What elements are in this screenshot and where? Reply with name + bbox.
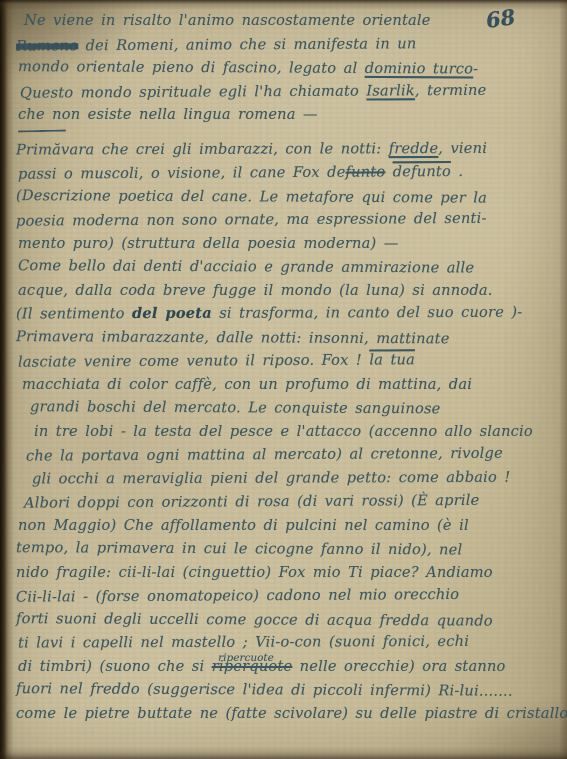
manuscript-text-segment: (Il sentimento bbox=[16, 305, 132, 322]
manuscript-text-segment: ti lavi i capelli nel mastello ; Vii-o-c… bbox=[18, 633, 469, 652]
manuscript-text-segment: dei Romeni, animo che si manifesta in un bbox=[78, 35, 416, 54]
manuscript-line: di timbri) (suono che si riperquoteriper… bbox=[16, 655, 563, 679]
manuscript-text-segment: acque, dalla coda breve fugge il mondo (… bbox=[18, 282, 493, 299]
manuscript-line: in tre lobi - la testa del pesce e l'att… bbox=[16, 420, 563, 444]
manuscript-text-segment: mondo orientale pieno di fascino, legato… bbox=[18, 58, 365, 77]
manuscript: Ne viene in risalto l'animo nascostament… bbox=[16, 9, 563, 725]
manuscript-text-segment: - bbox=[473, 60, 478, 77]
manuscript-text-segment: , vieni bbox=[438, 139, 487, 156]
manuscript-text-segment: la tua bbox=[369, 351, 415, 368]
manuscript-line: poesia moderna non sono ornate, ma espre… bbox=[16, 206, 563, 233]
manuscript-text-segment: dominio turco bbox=[365, 60, 474, 78]
manuscript-text-segment: si trasforma, in canto del suo cuore )- bbox=[212, 304, 523, 322]
manuscript-line: Primăvara che crei gli imbarazzi, con le… bbox=[16, 136, 563, 161]
separator-stroke bbox=[18, 129, 66, 132]
manuscript-text-segment: Primăvara che crei gli imbarazzi, con le… bbox=[16, 140, 389, 158]
manuscript-text-segment: nelle orecchie) ora stanno bbox=[292, 658, 505, 675]
manuscript-line: ti lavi i capelli nel mastello ; Vii-o-c… bbox=[16, 630, 563, 655]
manuscript-line: tempo, la primavera in cui le cicogne fa… bbox=[16, 536, 563, 562]
manuscript-line: Albori doppi con orizzonti di rosa (di v… bbox=[16, 488, 563, 515]
manuscript-text-segment: che la portava ogni mattina al mercato) … bbox=[26, 445, 503, 465]
manuscript-text-segment: funto bbox=[345, 163, 385, 180]
manuscript-line: macchiata di color caffè, con un profumo… bbox=[16, 373, 563, 397]
manuscript-text-segment: (Descrizione poetica del cane. Le metafo… bbox=[16, 187, 487, 206]
manuscript-line: Rumeno dei Romeni, animo che si manifest… bbox=[16, 31, 563, 58]
manuscript-line: mondo orientale pieno di fascino, legato… bbox=[16, 55, 563, 81]
manuscript-line: Ne viene in risalto l'animo nascostament… bbox=[16, 9, 563, 33]
manuscript-text-segment: del poeta bbox=[132, 305, 212, 322]
manuscript-text-segment: Ne viene in risalto l'animo nascostament… bbox=[24, 12, 431, 29]
manuscript-line: che la portava ogni mattina al mercato) … bbox=[16, 441, 563, 468]
manuscript-text-segment: Cii-li-lai - (forse onomatopeico) cadono… bbox=[16, 586, 459, 606]
manuscript-line: grandi boschi del mercato. Le conquiste … bbox=[16, 395, 563, 421]
manuscript-text-segment: forti suoni degli uccelli come gocce di … bbox=[16, 610, 493, 629]
paper-edge-bottom bbox=[0, 747, 567, 759]
manuscript-line: Come bello dai denti d'acciaio e grande … bbox=[16, 254, 563, 280]
paper-edge-left bbox=[0, 0, 14, 759]
manuscript-text-segment: grandi boschi del mercato. Le conquiste … bbox=[30, 398, 441, 417]
manuscript-text-segment: defunto bbox=[393, 163, 451, 180]
manuscript-text-segment: nido fragile: cii-li-lai (cinguettio) Fo… bbox=[16, 564, 493, 581]
manuscript-line: (Il sentimento del poeta si trasforma, i… bbox=[16, 301, 563, 326]
manuscript-text-segment: mento puro) (struttura della poesia mode… bbox=[18, 235, 399, 252]
manuscript-text-segment: , termine bbox=[415, 81, 487, 98]
manuscript-line: passi o muscoli, o visione, il cane Fox … bbox=[16, 159, 563, 186]
manuscript-line: gli occhi a meraviglia pieni del grande … bbox=[16, 465, 563, 490]
manuscript-text-segment: che non esiste nella lingua romena — bbox=[18, 106, 318, 123]
manuscript-line: lasciate venire come venuto il riposo. F… bbox=[16, 347, 563, 374]
manuscript-text-segment: . bbox=[451, 163, 463, 180]
manuscript-text-segment: lasciate venire come venuto il riposo. F… bbox=[18, 352, 369, 371]
manuscript-text-segment: fredde bbox=[389, 139, 439, 156]
manuscript-line: che non esiste nella lingua romena — bbox=[16, 103, 563, 127]
manuscript-text-segment: come le pietre buttate ne (fatte scivola… bbox=[16, 705, 567, 722]
manuscript-text-segment: in tre lobi - la testa del pesce e l'att… bbox=[34, 423, 533, 440]
manuscript-line: come le pietre buttate ne (fatte scivola… bbox=[16, 702, 563, 726]
manuscript-text-segment: tempo, la primavera in cui le cicogne fa… bbox=[16, 539, 462, 558]
manuscript-text-segment: di timbri) (suono che si bbox=[18, 658, 212, 675]
manuscript-text-segment: passi o muscoli, o visione, il cane Fox … bbox=[18, 164, 346, 183]
manuscript-text-segment: Primavera imbarazzante, dalle notti: ins… bbox=[16, 328, 450, 347]
manuscript-line: acque, dalla coda breve fugge il mondo (… bbox=[16, 279, 563, 303]
manuscript-text-segment: riperquoteripercuote bbox=[212, 658, 293, 675]
manuscript-line: Questo mondo spirituale egli l'ha chiama… bbox=[16, 78, 563, 105]
manuscript-text-segment: Albori doppi con orizzonti di rosa (di v… bbox=[24, 492, 480, 512]
manuscript-text-segment: Questo mondo spirituale egli l'ha chiama… bbox=[20, 82, 366, 101]
manuscript-text-segment: fuori nel freddo (suggerisce l'idea di p… bbox=[16, 680, 513, 700]
manuscript-photo: 68 Ne viene in risalto l'animo nascostam… bbox=[0, 0, 567, 759]
manuscript-text-segment: non Maggio) Che affollamento di pulcini … bbox=[18, 517, 469, 534]
manuscript-text-segment: gli occhi a meraviglia pieni del grande … bbox=[32, 468, 510, 487]
manuscript-text-segment: poesia moderna non sono ornate, ma espre… bbox=[16, 210, 487, 230]
manuscript-line: Cii-li-lai - (forse onomatopeico) cadono… bbox=[16, 582, 563, 609]
manuscript-line: nido fragile: cii-li-lai (cinguettio) Fo… bbox=[16, 561, 563, 585]
manuscript-text-segment: Isarlik bbox=[366, 82, 415, 99]
manuscript-line: fuori nel freddo (suggerisce l'idea di p… bbox=[16, 677, 563, 703]
manuscript-line: non Maggio) Che affollamento di pulcini … bbox=[16, 514, 563, 538]
manuscript-text-segment: macchiata di color caffè, con un profumo… bbox=[22, 376, 472, 393]
interline-correction: ripercuote bbox=[218, 653, 274, 663]
manuscript-text-segment: Rumeno bbox=[16, 37, 78, 54]
manuscript-line: mento puro) (struttura della poesia mode… bbox=[16, 232, 563, 256]
manuscript-text-segment: Come bello dai denti d'acciaio e grande … bbox=[18, 257, 474, 276]
manuscript-text-segment bbox=[385, 163, 392, 180]
